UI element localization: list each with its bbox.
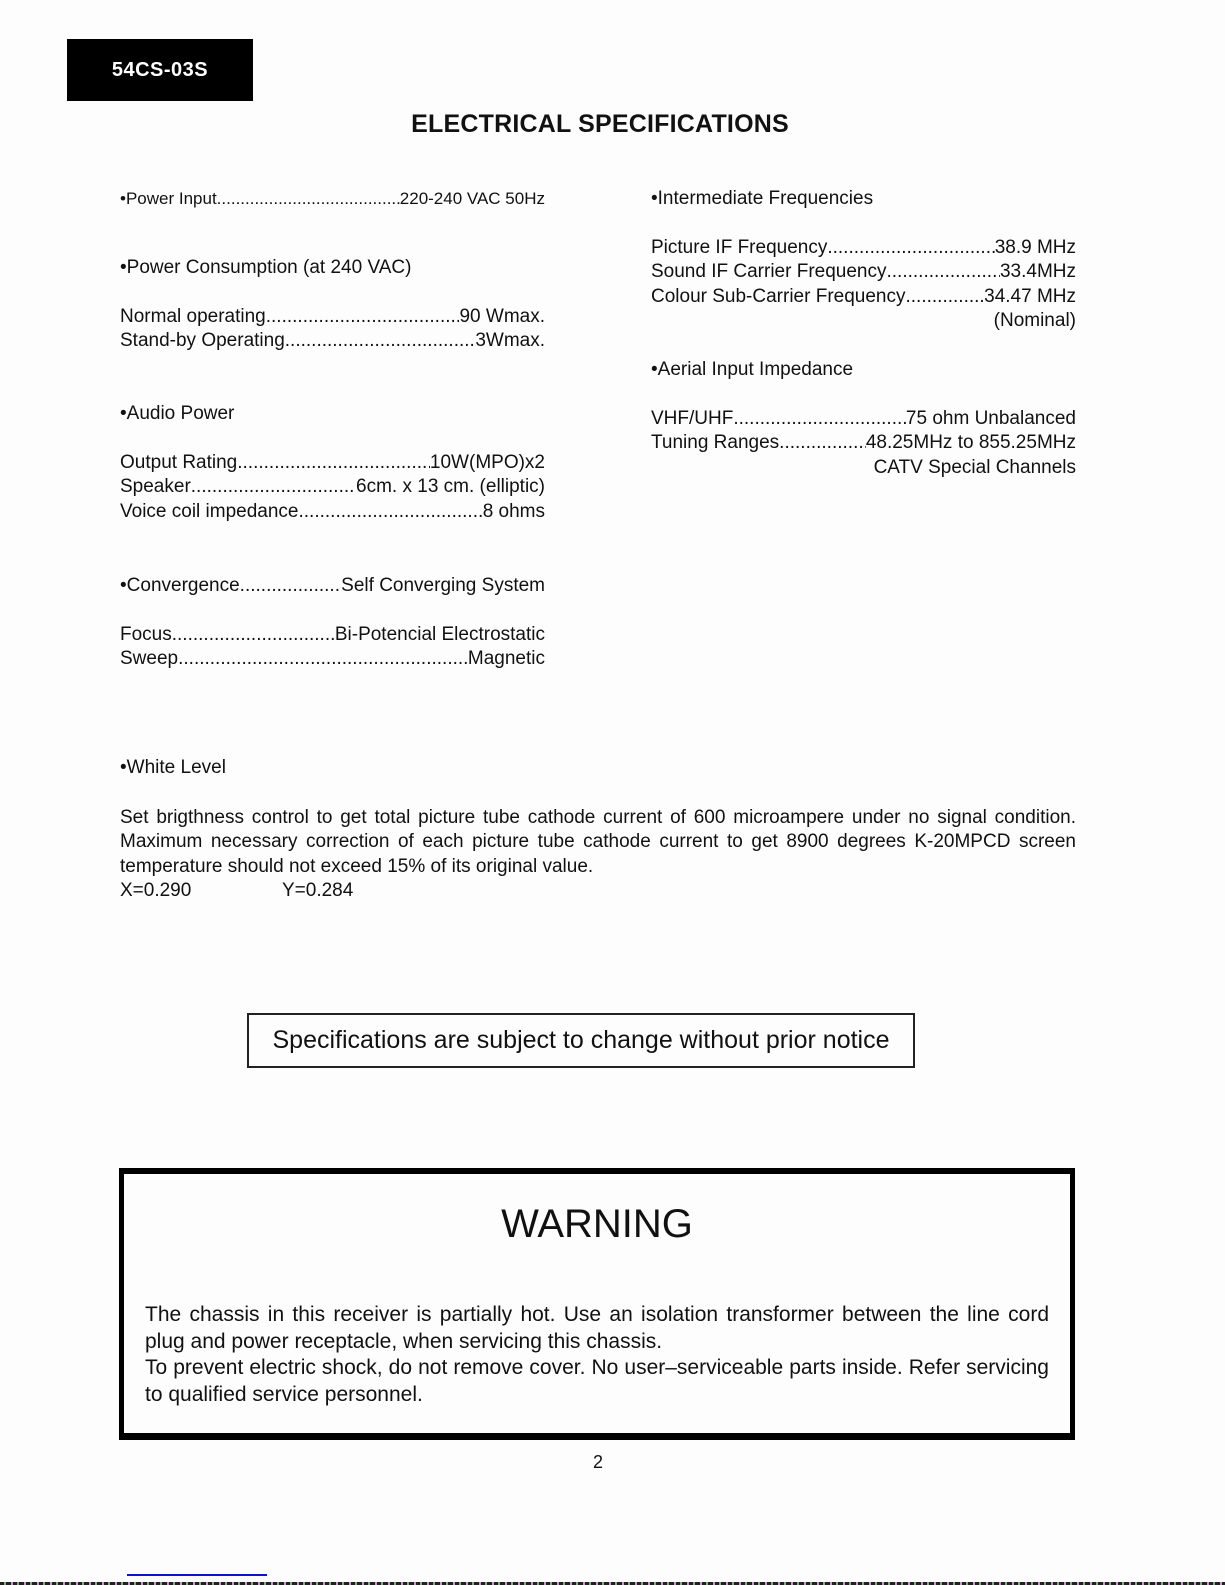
warning-title: WARNING	[124, 1202, 1070, 1247]
spec-note: CATV Special Channels	[651, 456, 1076, 481]
page-number: 2	[0, 1452, 1196, 1473]
white-level-paragraph: Set brigthness control to get total pict…	[120, 806, 1076, 880]
warning-body: The chassis in this receiver is partiall…	[145, 1302, 1049, 1408]
blue-underline-mark	[127, 1574, 267, 1576]
y-coordinate: Y=0.284	[282, 879, 353, 904]
spec-row: Colour Sub-Carrier Frequency34.47 MHz	[651, 285, 1076, 310]
spec-row: Picture IF Frequency38.9 MHz	[651, 236, 1076, 261]
section-heading: •Aerial Input Impedance	[651, 358, 1076, 383]
warning-line: To prevent electric shock, do not remove…	[145, 1355, 1049, 1408]
spec-row-power-input: •Power Input220-240 VAC 50Hz	[120, 187, 545, 212]
spec-row: FocusBi-Potencial Electrostatic	[120, 623, 545, 648]
spec-row: Tuning Ranges48.25MHz to 855.25MHz	[651, 431, 1076, 456]
spec-row: Stand-by Operating 3Wmax.	[120, 329, 545, 354]
power-input-section: •Power Input220-240 VAC 50Hz	[120, 187, 545, 212]
section-heading: •Audio Power	[120, 402, 545, 427]
aerial-input-section: •Aerial Input Impedance VHF/UHF75 ohm Un…	[651, 358, 1076, 480]
spec-row: Normal operating90 Wmax.	[120, 305, 545, 330]
warning-line: The chassis in this receiver is partiall…	[145, 1302, 1049, 1355]
specifications-notice-box: Specifications are subject to change wit…	[247, 1013, 915, 1068]
leader-dots	[217, 187, 400, 212]
section-heading: •White Level	[120, 756, 1076, 781]
chromaticity-coordinates: X=0.290 Y=0.284	[120, 879, 1076, 904]
convergence-section: •ConvergenceSelf Converging System Focus…	[120, 574, 545, 672]
intermediate-frequencies-section: •Intermediate Frequencies Picture IF Fre…	[651, 187, 1076, 334]
spec-row: Speaker6cm. x 13 cm. (elliptic)	[120, 475, 545, 500]
spec-row: Sound IF Carrier Frequency33.4MHz	[651, 260, 1076, 285]
page-title: ELECTRICAL SPECIFICATIONS	[0, 110, 1200, 139]
spec-row: Output Rating10W(MPO)x2	[120, 451, 545, 476]
x-coordinate: X=0.290	[120, 879, 282, 904]
spec-row-convergence: •ConvergenceSelf Converging System	[120, 574, 545, 599]
section-heading: •Power Consumption (at 240 VAC)	[120, 256, 545, 281]
power-consumption-section: •Power Consumption (at 240 VAC) Normal o…	[120, 256, 545, 354]
audio-power-section: •Audio Power Output Rating10W(MPO)x2 Spe…	[120, 402, 545, 524]
spec-note: (Nominal)	[651, 309, 1076, 334]
warning-box: WARNING The chassis in this receiver is …	[119, 1168, 1075, 1440]
spec-row: Voice coil impedance8 ohms	[120, 500, 545, 525]
spec-row: SweepMagnetic	[120, 647, 545, 672]
white-level-section: •White Level Set brigthness control to g…	[120, 756, 1076, 904]
model-badge: 54CS-03S	[67, 39, 253, 101]
section-heading: •Intermediate Frequencies	[651, 187, 1076, 212]
spec-row: VHF/UHF75 ohm Unbalanced	[651, 407, 1076, 432]
